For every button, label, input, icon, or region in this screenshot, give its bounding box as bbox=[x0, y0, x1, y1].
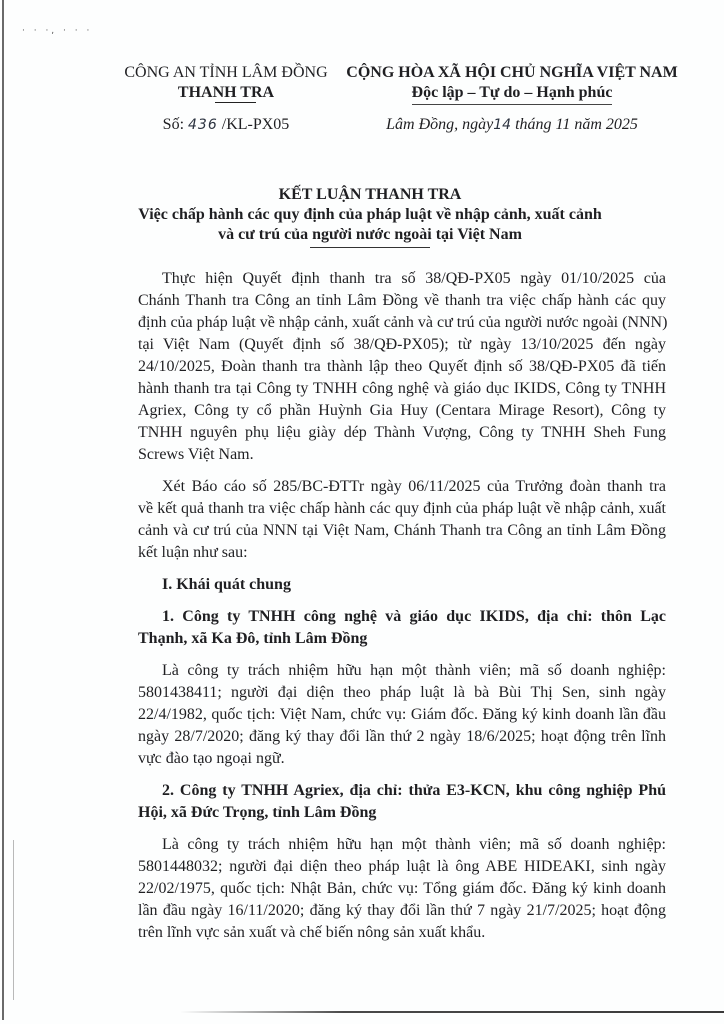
department-label: THANH TRA bbox=[178, 84, 274, 101]
national-motto: Độc lập – Tự do – Hạnh phúc bbox=[412, 83, 613, 103]
organization-name: CÔNG AN TỈNH LÂM ĐỒNG bbox=[108, 63, 344, 83]
nation-name: CỘNG HÒA XÃ HỘI CHỦ NGHĨA VIỆT NAM bbox=[338, 63, 686, 83]
motto-underline bbox=[412, 104, 613, 105]
document-body: Thực hiện Quyết định thanh tra số 38/QĐ-… bbox=[138, 268, 666, 944]
text-line: lần đầu ngày 16/11/2020; đăng ký thay đổ… bbox=[138, 900, 666, 922]
scan-edge-left bbox=[2, 0, 4, 1020]
company-2-heading: 2. Công ty TNHH Agriex, địa chỉ: thửa E3… bbox=[138, 780, 666, 824]
text-line: hành thanh tra tại Công ty TNHH công ngh… bbox=[138, 378, 666, 400]
document-subtitle-line-2: và cư trú của người nước ngoài tại Việt … bbox=[100, 225, 640, 245]
title-underline bbox=[310, 247, 430, 248]
scan-edge-inner bbox=[13, 840, 14, 1000]
text-line: 22/4/1982, quốc tịch: Việt Nam, chức vụ:… bbox=[138, 704, 666, 726]
text-line: ngày 28/7/2020; đăng ký thay đổi lần thứ… bbox=[138, 726, 666, 748]
text-line: cảnh và cư trú của NNN tại Việt Nam, Chá… bbox=[138, 520, 666, 542]
text-line: 1. Công ty TNHH công nghệ và giáo dục IK… bbox=[138, 606, 666, 628]
text-line: Thực hiện Quyết định thanh tra số 38/QĐ-… bbox=[138, 268, 666, 290]
text-line: định của pháp luật về nhập cảnh, xuất cả… bbox=[138, 312, 666, 334]
text-line: Là công ty trách nhiệm hữu hạn một thành… bbox=[138, 834, 666, 856]
text-line: Screws Việt Nam. bbox=[138, 444, 666, 466]
text-line: về kết quả thanh tra việc chấp hành các … bbox=[138, 498, 666, 520]
doc-number-handwritten: 436 bbox=[188, 117, 218, 133]
doc-number-prefix: Số: bbox=[163, 116, 184, 133]
motto-label: Độc lập – Tự do – Hạnh phúc bbox=[412, 84, 613, 101]
place-and-date: Lâm Đồng, ngày14 tháng 11 năm 2025 bbox=[338, 115, 686, 135]
document-title-block: KẾT LUẬN THANH TRA Việc chấp hành các qu… bbox=[100, 185, 640, 248]
document-subtitle-line-1: Việc chấp hành các quy định của pháp luậ… bbox=[100, 205, 640, 225]
text-line: 22/02/1975, quốc tịch: Nhật Bản, chức vụ… bbox=[138, 878, 666, 900]
scan-edge-bottom bbox=[180, 1011, 724, 1013]
text-line: 2. Công ty TNHH Agriex, địa chỉ: thửa E3… bbox=[138, 780, 666, 802]
text-line: Hội, xã Đức Trọng, tỉnh Lâm Đồng bbox=[138, 802, 666, 824]
place-date-suffix: tháng 11 năm 2025 bbox=[511, 116, 638, 133]
section-heading: I. Khái quát chung bbox=[138, 574, 666, 596]
scan-marks: · · ·, · · · bbox=[22, 26, 92, 36]
text-line: 5801448032; người đại diện theo pháp luậ… bbox=[138, 856, 666, 878]
day-handwritten: 14 bbox=[493, 117, 511, 133]
department-name: THANH TRA bbox=[178, 83, 274, 103]
text-line: Xét Báo cáo số 285/BC-ĐTTr ngày 06/11/20… bbox=[138, 476, 666, 498]
document-page: · · ·, · · · CÔNG AN TỈNH LÂM ĐỒNG THANH… bbox=[0, 0, 724, 1024]
report-paragraph: Xét Báo cáo số 285/BC-ĐTTr ngày 06/11/20… bbox=[138, 476, 666, 564]
text-line: kết luận như sau: bbox=[138, 542, 666, 564]
department-underline bbox=[215, 102, 256, 103]
text-line: Chánh Thanh tra Công an tỉnh Lâm Đồng về… bbox=[138, 290, 666, 312]
text-line: trên lĩnh vực sản xuất và chế biến nông … bbox=[138, 922, 666, 944]
document-number: Số: 436 /KL-PX05 bbox=[108, 115, 344, 135]
issuing-authority-header: CÔNG AN TỈNH LÂM ĐỒNG THANH TRA Số: 436 … bbox=[108, 63, 344, 135]
text-line: Là công ty trách nhiệm hữu hạn một thành… bbox=[138, 660, 666, 682]
company-1-heading: 1. Công ty TNHH công nghệ và giáo dục IK… bbox=[138, 606, 666, 650]
text-line: vực đào tạo ngoại ngữ. bbox=[138, 748, 666, 770]
company-2-description: Là công ty trách nhiệm hữu hạn một thành… bbox=[138, 834, 666, 944]
text-line: Agriex, Công ty cổ phần Huỳnh Gia Huy (C… bbox=[138, 400, 666, 422]
text-line: Thạnh, xã Ka Đô, tỉnh Lâm Đồng bbox=[138, 628, 666, 650]
place-date-prefix: Lâm Đồng, ngày bbox=[386, 116, 493, 133]
text-line: tại Việt Nam (Quyết định số 38/QĐ-PX05);… bbox=[138, 334, 666, 356]
intro-paragraph: Thực hiện Quyết định thanh tra số 38/QĐ-… bbox=[138, 268, 666, 466]
national-header: CỘNG HÒA XÃ HỘI CHỦ NGHĨA VIỆT NAM Độc l… bbox=[338, 63, 686, 135]
document-title: KẾT LUẬN THANH TRA bbox=[100, 185, 640, 205]
text-line: TNHH nguyên phụ liệu giày dép Thành Vượn… bbox=[138, 422, 666, 444]
text-line: 5801438411; người đại diện theo pháp luậ… bbox=[138, 682, 666, 704]
company-1-description: Là công ty trách nhiệm hữu hạn một thành… bbox=[138, 660, 666, 770]
text-line: 24/10/2025, Đoàn thanh tra thành lập the… bbox=[138, 356, 666, 378]
doc-number-suffix: /KL-PX05 bbox=[222, 116, 290, 133]
